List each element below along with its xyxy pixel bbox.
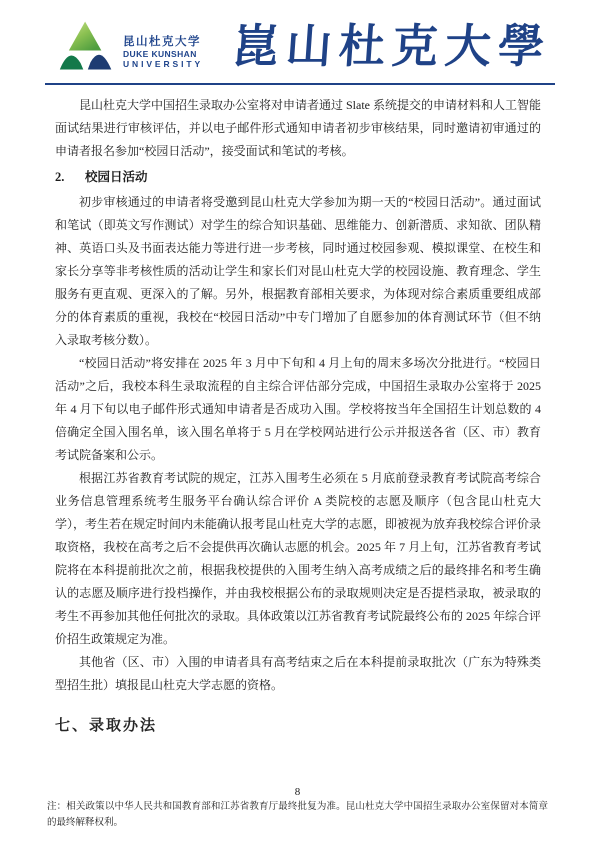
calligraphy-university-title: 崑山杜克大學: [231, 20, 557, 72]
logo-cn-name: 昆山杜克大学: [123, 35, 203, 49]
footnote-disclaimer: 注：相关政策以中华人民共和国教育部和江苏省教育厅最终批复为准。昆山杜克大学中国招…: [47, 799, 548, 831]
document-page: 昆山杜克大学 DUKE KUNSHAN UNIVERSITY 崑山杜克大學 昆山…: [0, 0, 595, 841]
logo-text-block: 昆山杜克大学 DUKE KUNSHAN UNIVERSITY: [123, 23, 203, 69]
page-number: 8: [0, 786, 595, 798]
paragraph-review-process: 昆山杜克大学中国招生录取办公室将对申请者通过 Slate 系统提交的申请材料和人…: [55, 94, 541, 163]
page-header: 昆山杜克大学 DUKE KUNSHAN UNIVERSITY 崑山杜克大學: [58, 20, 555, 72]
paragraph-other-provinces: 其他省（区、市）入围的申请者具有高考结束之后在本科提前录取批次（广东为特殊类型招…: [55, 651, 541, 697]
paragraph-jiangsu-policy: 根据江苏省教育考试院的规定，江苏入围考生必须在 5 月底前登录教育考试院高考综合…: [55, 467, 541, 651]
document-body: 昆山杜克大学中国招生录取办公室将对申请者通过 Slate 系统提交的申请材料和人…: [55, 94, 541, 737]
heading-number: 2.: [55, 166, 85, 189]
dku-logo: 昆山杜克大学 DUKE KUNSHAN UNIVERSITY: [58, 20, 203, 72]
logo-en-name-line2: UNIVERSITY: [123, 59, 203, 69]
dku-mountain-logo-icon: [58, 20, 114, 72]
heading-campus-day: 2. 校园日活动: [55, 166, 541, 189]
heading-title: 校园日活动: [85, 166, 148, 189]
paragraph-schedule-shortlist: “校园日活动”将安排在 2025 年 3 月中下旬和 4 月上旬的周末多场次分批…: [55, 352, 541, 467]
section-heading-admission-method: 七、录取办法: [55, 714, 541, 737]
logo-en-name-line1: DUKE KUNSHAN: [123, 49, 203, 59]
header-divider-line: [45, 83, 555, 85]
paragraph-campus-day-detail: 初步审核通过的申请者将受邀到昆山杜克大学参加为期一天的“校园日活动”。通过面试和…: [55, 191, 541, 352]
